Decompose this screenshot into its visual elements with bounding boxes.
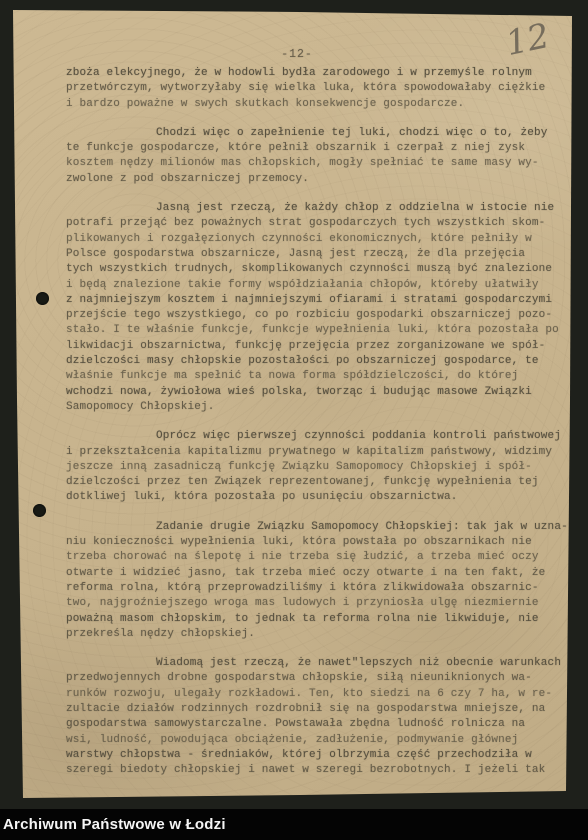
typed-line: trzeba chorować na ślepotę i nie trzeba …: [66, 550, 566, 565]
typed-line: przedwojennych drobne gospodarstwa chłop…: [66, 671, 566, 686]
typed-line: likwidacji obszarnictwa, funkcję przejęc…: [66, 339, 566, 354]
typed-line: dzielczości przez ten Związek reprezento…: [66, 475, 566, 490]
scan-background: -12- 12 zboża elekcyjnego, że w hodowli …: [0, 0, 588, 840]
paragraph: Oprócz więc pierwszej czynności poddania…: [66, 429, 566, 505]
paragraph: Wiadomą jest rzeczą, że nawet"lepszych n…: [66, 656, 566, 778]
paragraph: Chodzi więc o zapełnienie tej luki, chod…: [66, 126, 566, 187]
typed-line: dotkliwej luki, która pozostała po usuni…: [66, 490, 566, 505]
typed-line: wchodzi nowa, żywiołowa wieś polska, two…: [66, 385, 566, 400]
typed-line: potrafi przejąć bez poważnych strat gosp…: [66, 216, 566, 231]
typed-line: gospodarstwa samowystarczalne. Powstawał…: [66, 717, 566, 732]
typed-line: jeszcze inną zasadniczą funkcję Związku …: [66, 460, 566, 475]
typed-line: two, najgroźniejszego wroga mas ludowych…: [66, 596, 566, 611]
typed-line: i przekształcenia kapitalizmu prywatnego…: [66, 445, 566, 460]
paragraph: Jasną jest rzeczą, że każdy chłop z oddz…: [66, 201, 566, 415]
typed-line: reforma rolna, którą przeprowadziliśmy i…: [66, 581, 566, 596]
typed-line: tych wszystkich trudnych, skomplikowanyc…: [66, 262, 566, 277]
typed-line: zboża elekcyjnego, że w hodowli bydła za…: [66, 66, 566, 81]
typed-line: dzielczości masy chłopskie pozostałości …: [66, 354, 566, 369]
typed-line: wsi, ludność, powodująca obciążenie, zad…: [66, 733, 566, 748]
typed-line: Polsce gospodarstwa obszarnicze, Jasną j…: [66, 247, 566, 262]
typed-line: właśnie funkcje ma spełnić ta nowa forma…: [66, 369, 566, 384]
typed-line: przejście tego wszystkiego, co po rozbic…: [66, 308, 566, 323]
typed-page-number: -12-: [262, 48, 332, 61]
typed-line: warstwy chłopstwa - średniaków, której o…: [66, 748, 566, 763]
typed-line: zwolone z pod obszarniczej przemocy.: [66, 172, 566, 187]
typed-line: z najmniejszym kosztem i najmniejszymi o…: [66, 293, 566, 308]
typed-line: Samopomocy Chłopskiej.: [66, 400, 566, 415]
typed-line: Chodzi więc o zapełnienie tej luki, chod…: [66, 126, 566, 141]
typed-line: poważną masom chłopskim, to jednak ta re…: [66, 612, 566, 627]
typed-line: runków rozwoju, ulegały rozkładowi. Ten,…: [66, 687, 566, 702]
typed-line: Oprócz więc pierwszej czynności poddania…: [66, 429, 566, 444]
document-text: zboża elekcyjnego, że w hodowli bydła za…: [66, 66, 566, 778]
typed-line: szeregi biedoty chłopskiej i nawet w sze…: [66, 763, 566, 778]
typed-line: zultacie działów rodzinnych rozdrobnił s…: [66, 702, 566, 717]
typed-line: przetwórczym, wytworzyłaby się wielka lu…: [66, 81, 566, 96]
archive-footer-bar: Archiwum Państwowe w Łodzi: [0, 809, 588, 840]
typed-line: otwarte i widzieć jasno, tak trzeba mieć…: [66, 566, 566, 581]
typed-line: niu konieczności wypełnienia luki, która…: [66, 535, 566, 550]
punch-hole-top: [36, 292, 49, 305]
typed-line: i bardzo poważne w swych skutkach konsek…: [66, 97, 566, 112]
typed-line: Jasną jest rzeczą, że każdy chłop z oddz…: [66, 201, 566, 216]
typed-line: przekreśla nędzy chłopskiej.: [66, 627, 566, 642]
typed-line: Zadanie drugie Związku Samopomocy Chłops…: [66, 520, 566, 535]
typed-line: plikowanych i rozgałęzionych czynności e…: [66, 232, 566, 247]
punch-hole-bottom: [33, 504, 46, 517]
typed-line: kosztem nędzy milionów mas chłopskich, m…: [66, 156, 566, 171]
typed-line: Wiadomą jest rzeczą, że nawet"lepszych n…: [66, 656, 566, 671]
archive-footer-label: Archiwum Państwowe w Łodzi: [0, 816, 226, 833]
paragraph: Zadanie drugie Związku Samopomocy Chłops…: [66, 520, 566, 642]
paragraph: zboża elekcyjnego, że w hodowli bydła za…: [66, 66, 566, 112]
typed-line: stało. I te właśnie funkcje, funkcje wyp…: [66, 323, 566, 338]
typed-line: te funkcje gospodarcze, które pełnił obs…: [66, 141, 566, 156]
typed-line: i będą znalezione takie formy współdział…: [66, 278, 566, 293]
